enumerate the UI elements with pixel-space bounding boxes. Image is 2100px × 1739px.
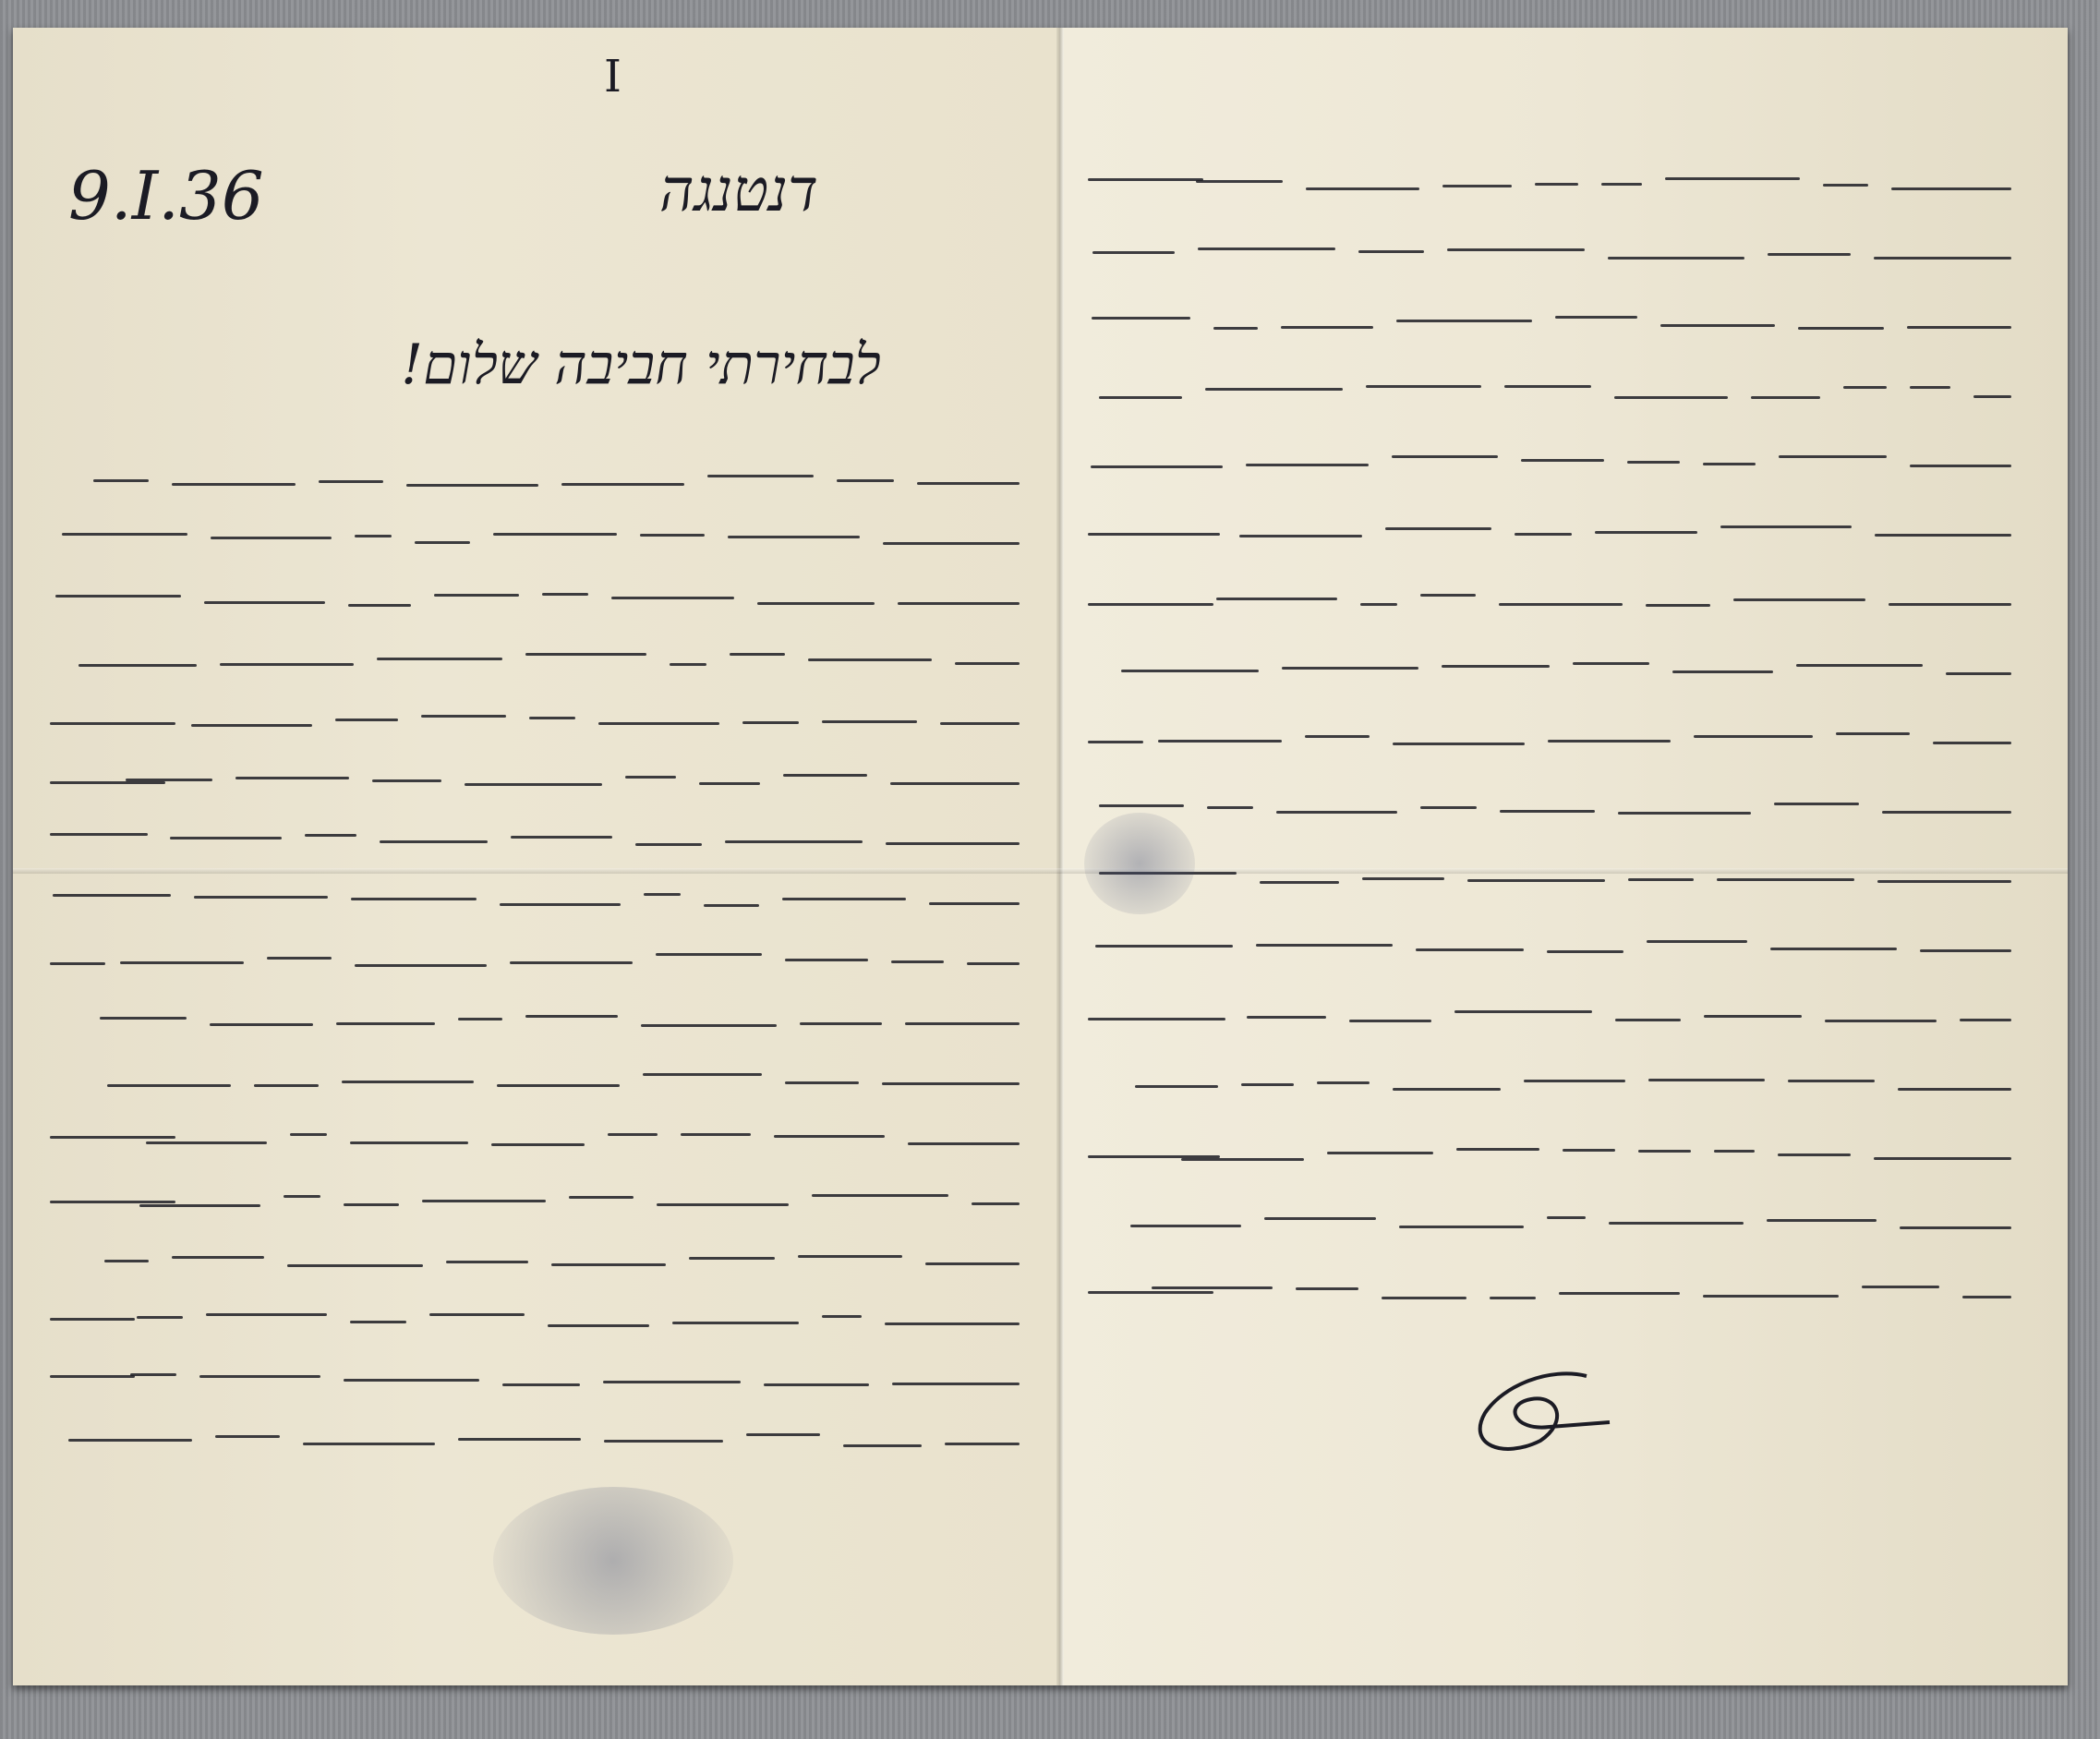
ink-stroke: [672, 1322, 799, 1324]
ink-stroke: [1882, 811, 2011, 814]
ink-stroke: [235, 777, 349, 779]
ink-stroke: [191, 724, 312, 727]
ink-stroke: [757, 602, 875, 605]
ink-stroke: [1181, 1158, 1304, 1161]
ink-stroke: [1447, 248, 1585, 251]
ink-stroke: [107, 1084, 231, 1087]
ink-stroke: [1099, 396, 1182, 399]
ink-stroke: [1099, 804, 1184, 807]
ink-stroke: [1907, 326, 2011, 329]
ink-stroke: [1276, 811, 1397, 814]
ink-smudge: [1084, 813, 1195, 914]
ink-stroke: [1559, 1292, 1680, 1295]
ink-stroke: [548, 1324, 649, 1327]
ink-stroke: [139, 1204, 260, 1207]
ink-stroke: [1216, 598, 1337, 600]
ink-stroke: [800, 1022, 882, 1025]
ink-stroke: [1091, 465, 1223, 468]
ink-stroke: [689, 1257, 775, 1260]
ink-stroke: [890, 782, 1020, 785]
ink-stroke: [1306, 187, 1419, 190]
ink-stroke: [1910, 465, 2011, 467]
ink-stroke: [78, 664, 197, 667]
ink-stroke: [491, 1143, 585, 1146]
ink-stroke: [204, 601, 325, 604]
ink-stroke: [355, 964, 487, 967]
ink-stroke: [267, 957, 332, 960]
handwritten-line: [50, 762, 1020, 799]
ink-stroke: [1960, 1019, 2011, 1021]
ink-stroke: [1628, 878, 1694, 881]
ink-stroke: [1767, 1219, 1877, 1222]
ink-stroke: [882, 1082, 1020, 1085]
ink-stroke: [104, 1260, 149, 1262]
ink-stroke: [1207, 806, 1253, 809]
ink-stroke: [1548, 740, 1671, 743]
ink-stroke: [497, 1084, 620, 1087]
ink-stroke: [643, 1073, 762, 1076]
ink-stroke: [812, 1194, 948, 1197]
ink-stroke: [120, 961, 244, 964]
ink-stroke: [1770, 948, 1897, 950]
ink-stroke: [130, 1373, 176, 1376]
handwritten-line: [50, 462, 1020, 499]
ink-stroke: [608, 1133, 658, 1136]
ink-stroke: [917, 482, 1020, 485]
ink-stroke: [542, 593, 588, 596]
handwritten-line: [1088, 582, 2011, 619]
ink-stroke: [1135, 1085, 1218, 1088]
handwritten-line: [1088, 651, 2011, 688]
ink-stroke: [1555, 316, 1637, 319]
ink-stroke: [1825, 1020, 1937, 1022]
ink-stroke: [1088, 1018, 1225, 1020]
ink-stroke: [211, 537, 332, 539]
ink-stroke: [670, 663, 706, 666]
ink-stroke: [1601, 183, 1642, 186]
ink-stroke: [1281, 326, 1373, 329]
ink-stroke: [220, 663, 354, 666]
ink-stroke: [551, 1263, 666, 1266]
ink-stroke: [704, 904, 759, 907]
ink-stroke: [892, 1383, 1020, 1385]
ink-stroke: [1665, 177, 1800, 180]
right-page: [1060, 28, 2068, 1685]
ink-stroke: [1962, 1296, 2011, 1298]
handwritten-line: [1088, 859, 2011, 896]
ink-stroke: [1535, 183, 1578, 186]
ink-stroke: [785, 1081, 859, 1084]
ink-stroke: [569, 1196, 634, 1199]
ink-stroke: [1282, 667, 1418, 670]
ink-stroke: [1714, 1150, 1755, 1153]
ink-stroke: [1399, 1226, 1524, 1228]
ink-stroke: [782, 898, 906, 900]
ink-stroke: [210, 1023, 313, 1026]
handwritten-line: [1088, 374, 2011, 411]
ink-stroke: [1500, 810, 1595, 813]
ink-stroke: [1264, 1217, 1376, 1220]
ink-stroke: [707, 475, 814, 477]
ink-stroke: [1396, 320, 1532, 322]
ink-stroke: [1618, 812, 1751, 815]
ink-stroke: [511, 836, 612, 839]
ink-stroke: [493, 533, 617, 536]
ink-stroke: [1788, 1080, 1875, 1082]
ink-stroke: [380, 840, 488, 843]
ink-stroke: [1088, 1291, 1213, 1294]
ink-stroke: [305, 834, 356, 837]
letter-salutation: לבחירתי חביבה שלום!: [401, 332, 881, 397]
ink-stroke: [798, 1255, 902, 1258]
ink-stroke: [1088, 603, 1213, 606]
ink-stroke: [1358, 250, 1424, 253]
letter-place: דנטנגה: [659, 157, 818, 225]
ink-stroke: [1416, 948, 1524, 951]
ink-stroke: [883, 542, 1020, 545]
ink-stroke: [699, 782, 760, 785]
ink-stroke: [421, 715, 506, 718]
ink-stroke: [1382, 1297, 1466, 1299]
ink-stroke: [525, 1015, 618, 1018]
ink-stroke: [1646, 604, 1710, 607]
ink-stroke: [525, 653, 646, 656]
ink-stroke: [635, 843, 702, 846]
signature: [1448, 1358, 1623, 1468]
ink-stroke: [53, 894, 171, 897]
ink-stroke: [1946, 672, 2011, 675]
ink-stroke: [1088, 178, 1203, 181]
ink-stroke: [1327, 1152, 1433, 1154]
ink-stroke: [1392, 455, 1498, 458]
ink-stroke: [1614, 396, 1728, 399]
ink-stroke: [50, 833, 148, 836]
ink-stroke: [1647, 940, 1747, 943]
ink-stroke: [843, 1444, 922, 1447]
ink-stroke: [1305, 735, 1370, 738]
ink-stroke: [406, 484, 538, 487]
ink-stroke: [1694, 735, 1813, 738]
handwritten-line: [1088, 928, 2011, 965]
ink-stroke: [1717, 878, 1854, 881]
handwritten-line: [50, 1422, 1020, 1459]
ink-stroke: [350, 1141, 468, 1144]
ink-stroke: [1198, 248, 1335, 250]
ink-stroke: [725, 840, 863, 843]
ink-stroke: [1898, 1088, 2011, 1091]
ink-stroke: [1823, 184, 1868, 187]
ink-stroke: [644, 893, 681, 896]
ink-stroke: [955, 662, 1020, 665]
ink-stroke: [62, 533, 187, 536]
ink-stroke: [50, 781, 165, 784]
ink-stroke: [611, 597, 734, 599]
ink-stroke: [742, 721, 799, 724]
ink-stroke: [1088, 533, 1220, 536]
ink-stroke: [194, 896, 328, 899]
horizontal-fold: [13, 868, 2068, 874]
handwritten-line: [50, 1002, 1020, 1039]
ink-stroke: [1239, 535, 1362, 537]
ink-stroke: [434, 594, 519, 597]
ink-stroke: [344, 1203, 399, 1206]
ink-stroke: [1366, 385, 1481, 388]
ink-stroke: [1092, 251, 1175, 254]
ink-stroke: [561, 483, 684, 486]
ink-stroke: [1875, 534, 2011, 537]
ink-stroke: [1456, 1148, 1539, 1151]
ink-stroke: [1393, 1088, 1501, 1091]
ink-stroke: [1778, 1153, 1851, 1156]
ink-stroke: [319, 480, 383, 483]
ink-stroke: [604, 1440, 723, 1443]
ink-stroke: [1515, 533, 1572, 536]
ink-stroke: [1874, 257, 2011, 260]
ink-stroke: [1296, 1287, 1358, 1290]
ink-stroke: [764, 1383, 869, 1386]
ink-stroke: [1910, 386, 1950, 389]
ink-stroke: [1521, 459, 1604, 462]
ink-stroke: [146, 1141, 267, 1144]
ink-stroke: [681, 1133, 751, 1136]
ink-stroke: [1467, 879, 1605, 882]
ink-stroke: [598, 722, 719, 725]
ink-stroke: [783, 774, 867, 777]
handwritten-line: [1088, 720, 2011, 757]
ink-stroke: [1933, 742, 2011, 744]
ink-stroke: [808, 658, 932, 661]
ink-stroke: [1900, 1226, 2011, 1229]
ink-stroke: [1563, 1149, 1615, 1152]
ink-stroke: [822, 720, 917, 723]
ink-stroke: [1874, 1157, 2011, 1160]
ink-stroke: [372, 779, 441, 782]
ink-stroke: [1454, 1010, 1592, 1013]
ink-stroke: [1672, 670, 1773, 673]
ink-stroke: [1256, 944, 1393, 947]
page-marker: I: [604, 51, 622, 103]
ink-stroke: [1385, 527, 1491, 530]
handwritten-line: [1088, 235, 2011, 272]
ink-stroke: [1088, 1155, 1220, 1158]
ink-stroke: [1121, 670, 1259, 672]
ink-stroke: [1158, 740, 1282, 743]
handwritten-line: [1088, 1205, 2011, 1242]
ink-stroke: [1260, 881, 1339, 884]
ink-stroke: [1648, 1079, 1765, 1081]
ink-stroke: [68, 1439, 192, 1442]
ink-stroke: [625, 776, 676, 779]
handwritten-line: [50, 582, 1020, 619]
handwritten-line: [50, 1302, 1020, 1339]
ink-stroke: [641, 1024, 777, 1027]
ink-stroke: [1609, 1222, 1744, 1225]
ink-stroke: [137, 1316, 183, 1319]
ink-stroke: [1877, 880, 2011, 883]
ink-stroke: [510, 961, 633, 964]
ink-stroke: [886, 842, 1020, 845]
ink-stroke: [1442, 665, 1550, 668]
ink-stroke: [303, 1443, 435, 1445]
ink-stroke: [1241, 1083, 1294, 1086]
ink-stroke: [905, 1022, 1020, 1025]
ink-stroke: [1703, 1295, 1839, 1298]
ink-stroke: [1836, 732, 1910, 735]
ink-stroke: [1349, 1020, 1431, 1022]
ink-stroke: [377, 658, 502, 660]
ink-stroke: [940, 722, 1020, 725]
ink-stroke: [1798, 327, 1884, 330]
ink-stroke: [429, 1313, 525, 1316]
ink-stroke: [344, 1379, 479, 1382]
ink-stroke: [199, 1375, 320, 1378]
handwritten-line: [1088, 997, 2011, 1034]
ink-stroke: [355, 535, 392, 537]
ink-stroke: [967, 962, 1020, 965]
handwritten-line: [1088, 166, 2011, 203]
ink-stroke: [1573, 662, 1649, 665]
ink-stroke: [342, 1081, 474, 1083]
ink-stroke: [254, 1084, 319, 1087]
handwritten-line: [50, 822, 1020, 859]
ink-stroke: [1891, 187, 2011, 190]
ink-stroke: [1638, 1150, 1691, 1153]
ink-smudge: [493, 1487, 733, 1635]
ink-stroke: [1843, 386, 1887, 389]
ink-stroke: [1393, 743, 1525, 745]
ink-stroke: [945, 1443, 1020, 1445]
handwritten-line: [1088, 1136, 2011, 1173]
ink-stroke: [603, 1381, 741, 1383]
ink-stroke: [1213, 327, 1258, 330]
ink-stroke: [891, 960, 944, 963]
ink-stroke: [50, 722, 175, 725]
ink-stroke: [774, 1135, 885, 1138]
ink-stroke: [1615, 1019, 1681, 1021]
ink-stroke: [1779, 455, 1887, 458]
ink-stroke: [1889, 603, 2011, 606]
ink-stroke: [348, 604, 411, 607]
ink-stroke: [215, 1435, 280, 1438]
ink-stroke: [1130, 1225, 1241, 1227]
handwritten-line: [50, 1062, 1020, 1099]
handwritten-line: [50, 522, 1020, 559]
ink-stroke: [284, 1195, 320, 1198]
ink-stroke: [1796, 664, 1923, 667]
handwritten-line: [50, 1362, 1020, 1399]
ink-stroke: [1196, 180, 1283, 183]
ink-stroke: [785, 959, 868, 961]
ink-stroke: [206, 1313, 327, 1316]
ink-stroke: [529, 717, 575, 719]
ink-stroke: [1774, 803, 1859, 805]
ink-stroke: [1246, 464, 1369, 466]
ink-stroke: [1920, 949, 2011, 952]
ink-stroke: [1442, 185, 1512, 187]
ink-stroke: [1733, 598, 1865, 601]
ink-stroke: [1205, 388, 1343, 391]
ink-stroke: [908, 1142, 1020, 1145]
ink-stroke: [446, 1261, 528, 1263]
ink-stroke: [50, 962, 105, 965]
ink-stroke: [640, 534, 705, 537]
ink-stroke: [1547, 950, 1623, 953]
ink-stroke: [1524, 1080, 1625, 1082]
ink-stroke: [100, 1017, 187, 1020]
ink-stroke: [458, 1438, 581, 1441]
ink-stroke: [458, 1018, 502, 1020]
ink-stroke: [1152, 1286, 1273, 1289]
ink-stroke: [746, 1433, 820, 1436]
ink-stroke: [350, 1321, 406, 1323]
handwritten-line: [50, 942, 1020, 979]
ink-stroke: [822, 1315, 862, 1318]
ink-stroke: [500, 903, 621, 906]
letter-sheet: I 9.I.36 דנטנגה לבחירתי חביבה שלום!: [13, 28, 2068, 1685]
ink-stroke: [502, 1383, 580, 1386]
ink-stroke: [1608, 257, 1744, 260]
ink-stroke: [50, 1201, 175, 1203]
ink-stroke: [93, 479, 149, 482]
ink-stroke: [335, 719, 398, 721]
handwritten-line: [50, 1242, 1020, 1279]
ink-stroke: [1768, 253, 1851, 256]
ink-stroke: [1504, 385, 1591, 388]
ink-stroke: [172, 483, 296, 486]
ink-stroke: [50, 1375, 135, 1378]
ink-stroke: [1627, 461, 1680, 464]
ink-stroke: [1704, 1015, 1802, 1018]
ink-stroke: [972, 1202, 1020, 1205]
handwritten-line: [50, 1182, 1020, 1219]
handwritten-line: [50, 642, 1020, 679]
ink-stroke: [1362, 877, 1444, 880]
handwritten-line: [1088, 513, 2011, 549]
ink-stroke: [1420, 806, 1477, 809]
ink-stroke: [657, 1203, 789, 1206]
ink-stroke: [1547, 1216, 1586, 1219]
ink-stroke: [1088, 741, 1143, 743]
ink-stroke: [336, 1022, 435, 1025]
ink-stroke: [925, 1262, 1020, 1265]
handwritten-line: [1088, 1067, 2011, 1104]
handwritten-line: [1088, 1274, 2011, 1311]
ink-stroke: [1660, 324, 1775, 327]
ink-stroke: [1420, 594, 1476, 597]
ink-stroke: [1317, 1081, 1370, 1084]
ink-stroke: [837, 479, 894, 482]
ink-stroke: [1973, 395, 2011, 398]
ink-stroke: [1247, 1016, 1326, 1019]
ink-stroke: [1092, 317, 1190, 320]
ink-stroke: [1703, 463, 1756, 465]
handwritten-line: [50, 702, 1020, 739]
left-page: I 9.I.36 דנטנגה לבחירתי חביבה שלום!: [13, 28, 1060, 1685]
handwritten-line: [1088, 790, 2011, 827]
ink-stroke: [50, 1136, 175, 1139]
ink-stroke: [465, 783, 602, 786]
ink-stroke: [1490, 1297, 1536, 1299]
ink-stroke: [1595, 531, 1697, 534]
center-fold: [1056, 28, 1064, 1685]
ink-stroke: [55, 595, 181, 598]
ink-stroke: [730, 653, 785, 656]
ink-stroke: [656, 953, 762, 956]
ink-stroke: [351, 898, 477, 900]
ink-stroke: [170, 837, 282, 839]
ink-stroke: [1751, 396, 1820, 399]
ink-stroke: [728, 536, 860, 538]
